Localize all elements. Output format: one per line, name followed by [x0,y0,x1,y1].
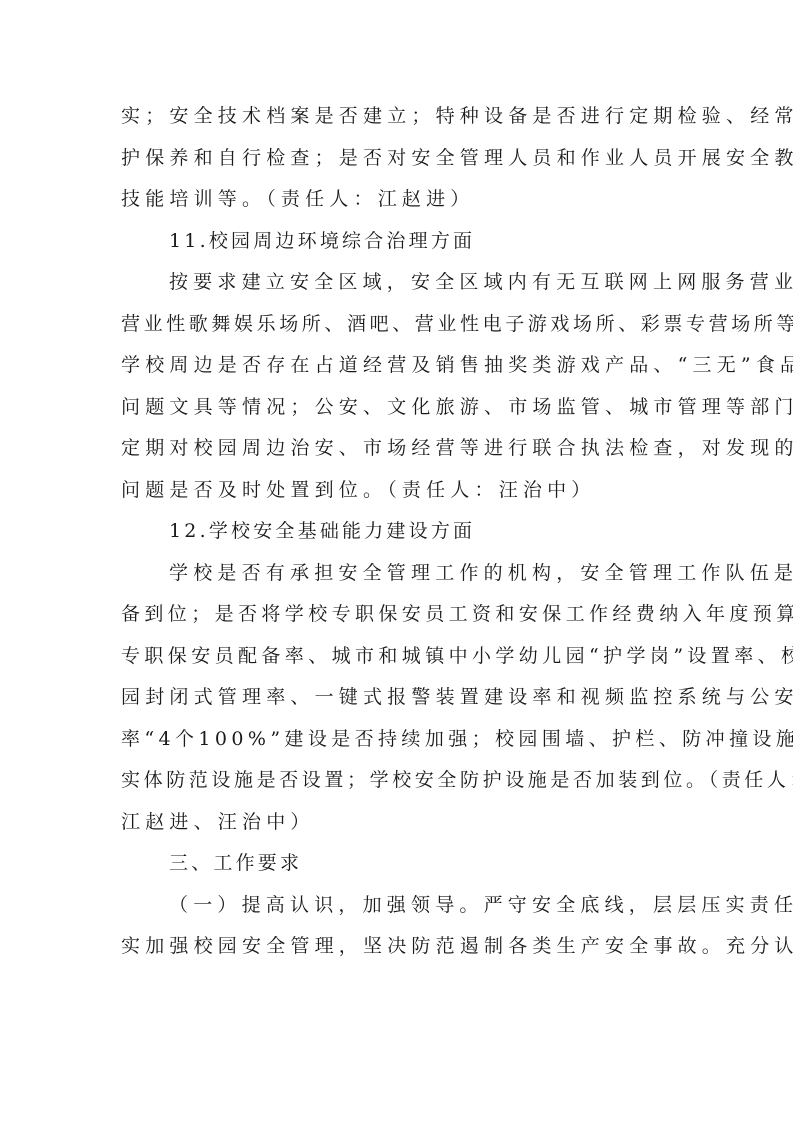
text-line: 实加强校园安全管理，坚决防范遏制各类生产安全事故。充分认识做 [121,926,675,968]
text-line: 实；安全技术档案是否建立；特种设备是否进行定期检验、经常性维 [121,96,675,138]
section-heading: 11.校园周边环境综合治理方面 [121,221,675,263]
text-line: 问题文具等情况；公安、文化旅游、市场监管、城市管理等部门是否 [121,387,675,429]
text-line: （一）提高认识，加强领导。严守安全底线，层层压实责任，切 [121,885,675,927]
text-line: 学校周边是否存在占道经营及销售抽奖类游戏产品、“三无”食品和 [121,345,675,387]
text-line: 实体防范设施是否设置；学校安全防护设施是否加装到位。（责任人： [121,760,675,802]
section-heading: 三、工作要求 [121,843,675,885]
text-line: 率“4个100%”建设是否持续加强；校园围墙、护栏、防冲撞设施等 [121,719,675,761]
text-line: 定期对校园周边治安、市场经营等进行联合执法检查，对发现的风险 [121,428,675,470]
text-line: 江赵进、汪治中） [121,802,675,844]
text-line: 护保养和自行检查；是否对安全管理人员和作业人员开展安全教育和 [121,138,675,180]
text-line: 园封闭式管理率、一键式报警装置建设率和视频监控系统与公安联网 [121,677,675,719]
text-line: 按要求建立安全区域，安全区域内有无互联网上网服务营业场所、 [121,262,675,304]
text-line: 营业性歌舞娱乐场所、酒吧、营业性电子游戏场所、彩票专营场所等。 [121,304,675,346]
text-line: 专职保安员配备率、城市和城镇中小学幼儿园“护学岗”设置率、校 [121,636,675,678]
section-heading: 12.学校安全基础能力建设方面 [121,511,675,553]
text-line: 备到位；是否将学校专职保安员工资和安保工作经费纳入年度预算； [121,594,675,636]
text-line: 技能培训等。（责任人：江赵进） [121,179,675,221]
text-line: 问题是否及时处置到位。（责任人：汪治中） [121,470,675,512]
text-line: 学校是否有承担安全管理工作的机构，安全管理工作队伍是否配 [121,553,675,595]
document-page: 实；安全技术档案是否建立；特种设备是否进行定期检验、经常性维 护保养和自行检查；… [121,96,675,968]
